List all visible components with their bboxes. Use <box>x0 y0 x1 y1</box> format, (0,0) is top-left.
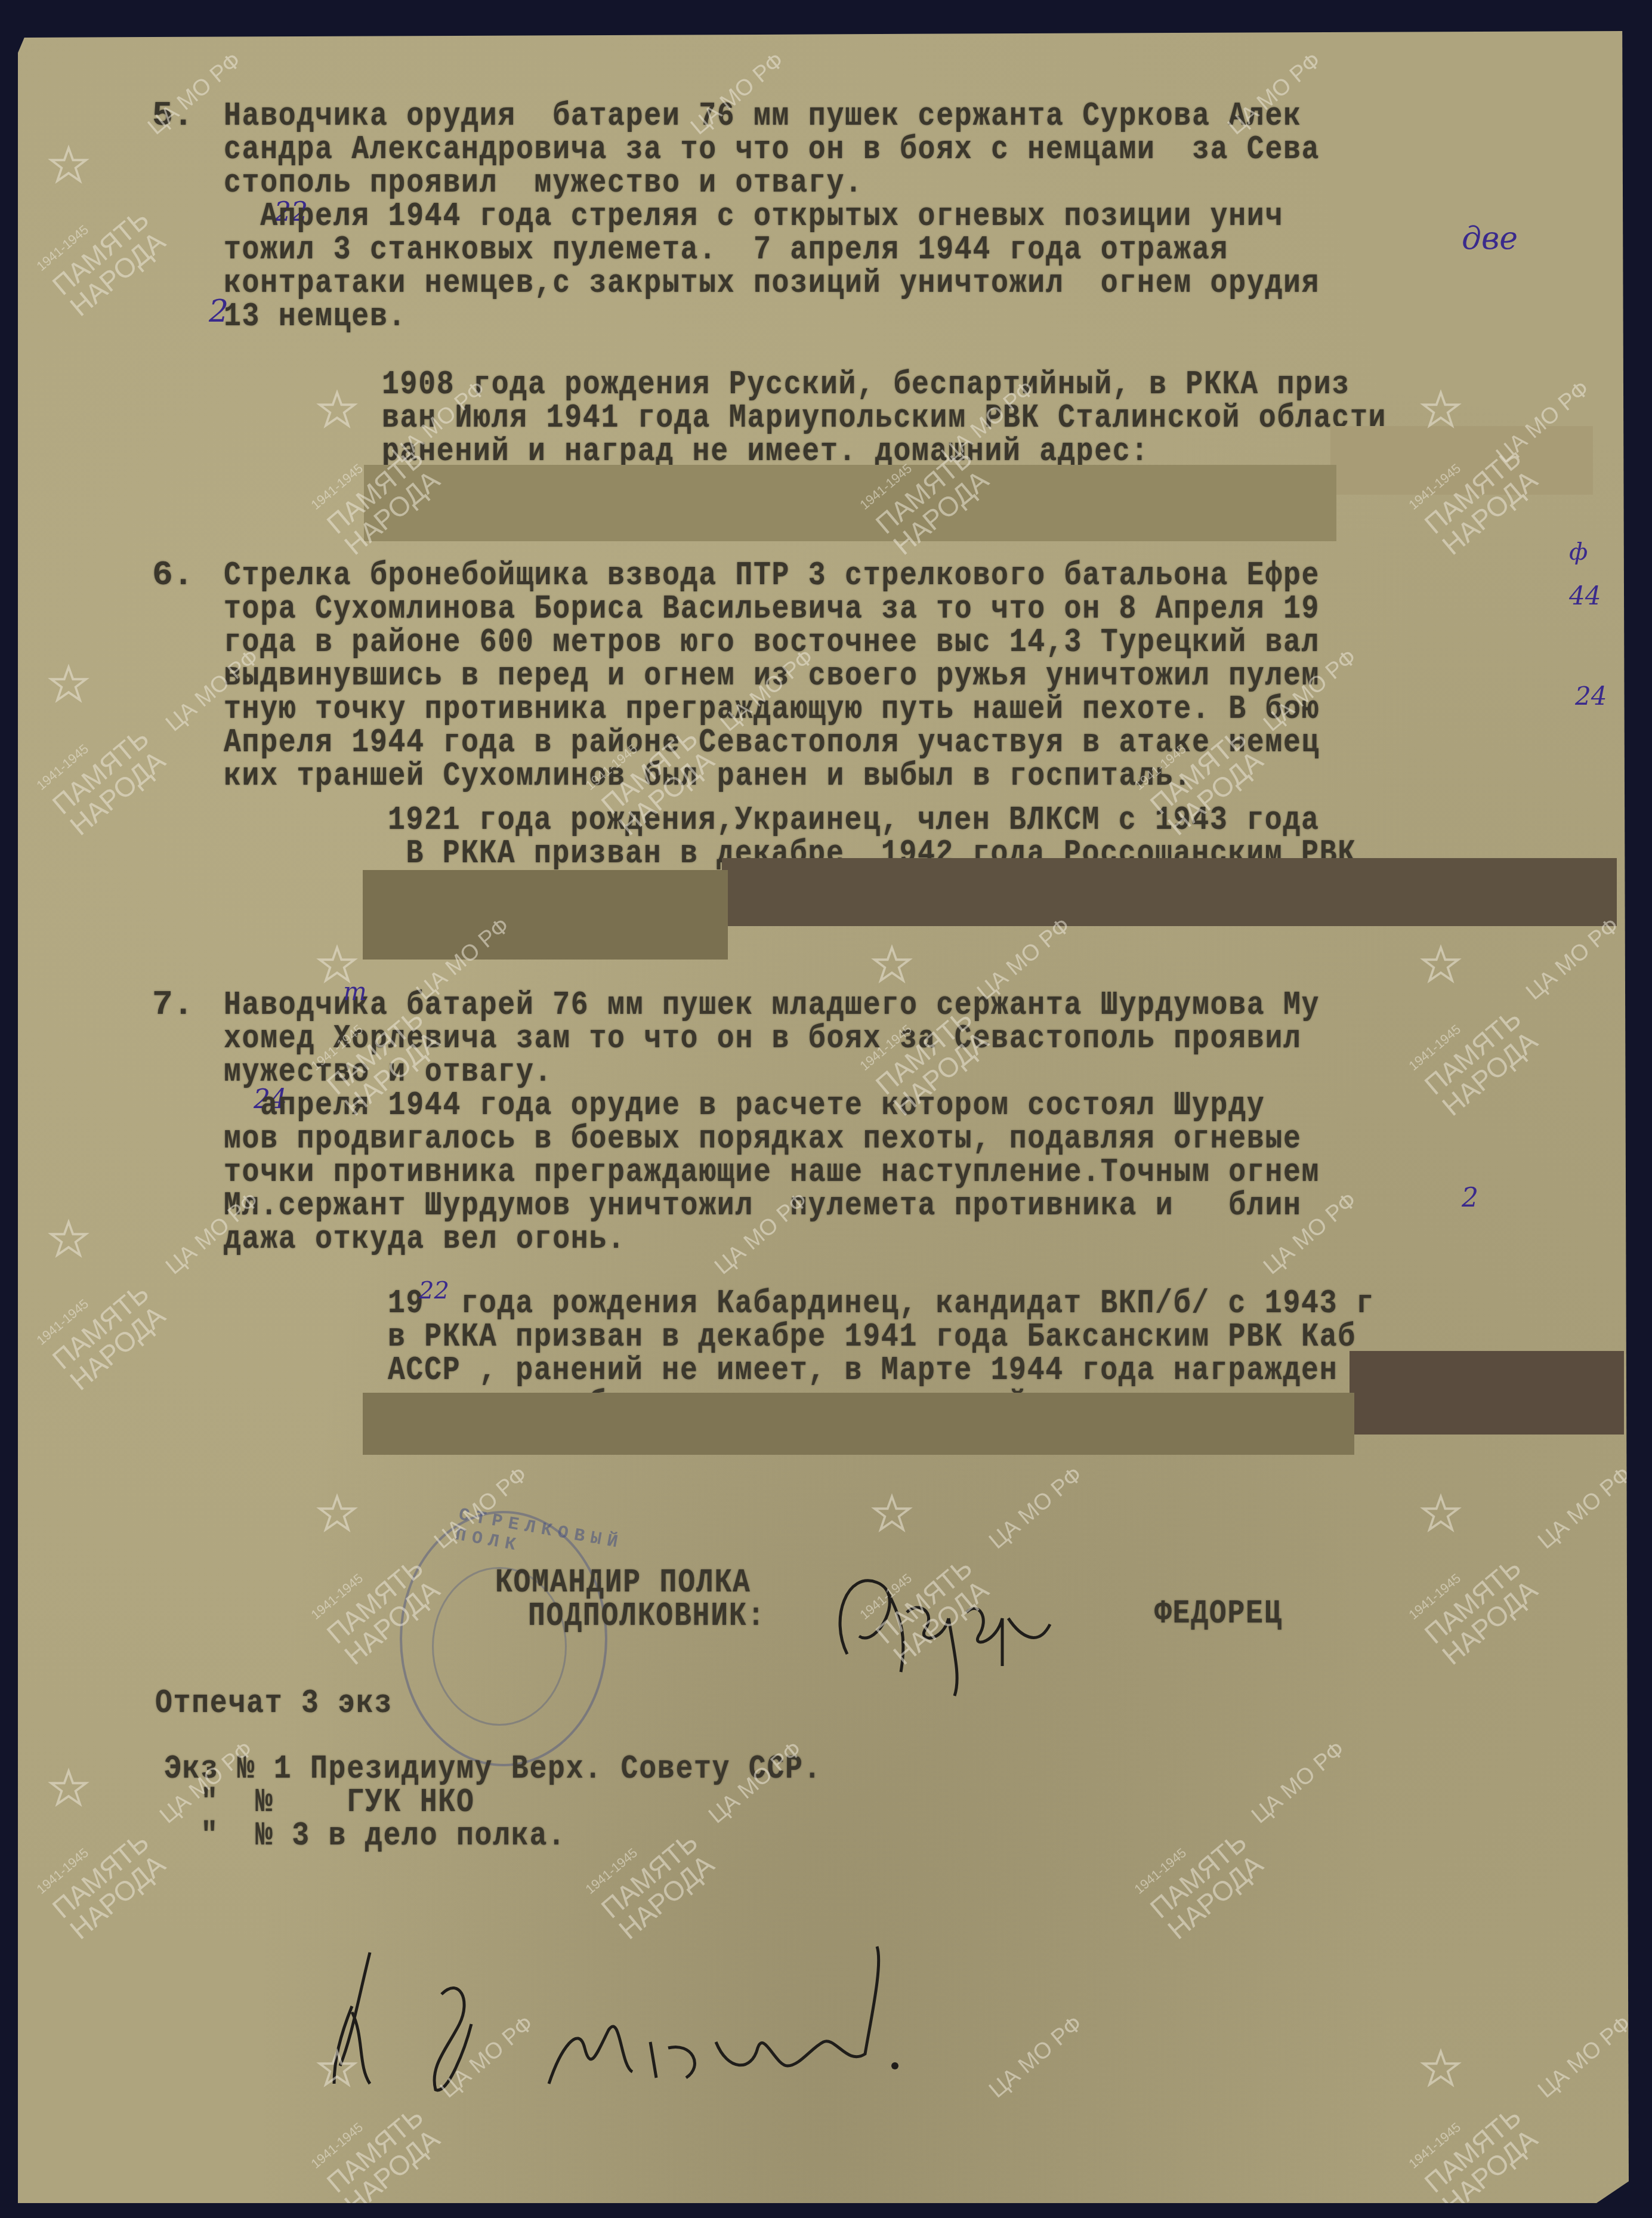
watermark-pamyat-naroda: 1941-1945ПАМЯТЬНАРОДА <box>30 184 171 321</box>
watermark-pamyat-naroda: 1941-1945ПАМЯТЬНАРОДА <box>579 1807 720 1944</box>
entry-5-bio-2: ван Июля 1941 года Мариупольским РВК Ста… <box>382 399 1387 437</box>
entry-7-bio-1: 19 года рождения Кабардинец, кандидат ВК… <box>388 1284 1375 1322</box>
entry-7-hand-birthyear: 22 <box>419 1277 449 1304</box>
entry-5-hand-two: две <box>1462 221 1518 257</box>
entry-6-hand-year: 44 <box>1569 581 1601 610</box>
commander-rank: ПОДПОЛКОВНИК: <box>528 1597 765 1635</box>
entry-5-line-7: 13 немцев. <box>224 297 406 335</box>
watermark-camo: ЦА МО РФ <box>1521 913 1625 1005</box>
document-page: 5. Наводчика орудия батареи 76 мм пушек … <box>18 31 1629 2203</box>
entry-6-hand-day: 24 <box>1575 681 1607 711</box>
entry-5-line-2: сандра Александровича за то что он в боя… <box>224 130 1320 168</box>
star-icon <box>871 1493 913 1535</box>
redaction-block <box>363 870 728 960</box>
entry-7-bio-3: АССР , ранений не имеет, в Марте 1944 го… <box>388 1351 1338 1389</box>
entry-7-number: 7. <box>152 986 194 1025</box>
star-icon <box>1420 1493 1462 1535</box>
star-icon <box>316 944 358 986</box>
star-icon <box>871 944 913 986</box>
entry-7-hand-count: 2 <box>1462 1183 1478 1213</box>
star-icon <box>48 1218 89 1260</box>
entry-6-hand-f: ф <box>1569 538 1588 566</box>
redaction-block <box>1350 1351 1624 1435</box>
copy-line-3: " № 3 в дело полка. <box>164 1816 566 1855</box>
entry-7-line-8: дажа откуда вел огонь. <box>224 1220 626 1258</box>
star-icon <box>48 144 89 186</box>
entry-6-number: 6. <box>152 556 194 595</box>
watermark-camo: ЦА МО РФ <box>1533 2011 1636 2103</box>
entry-6-line-2: тора Сухомлинова Бориса Васильевича за т… <box>224 590 1320 628</box>
entry-7-line-6: точки противника преграждающие наше наст… <box>224 1153 1320 1191</box>
entry-7-bio-2: в РККА призван в декабре 1941 года Бакса… <box>388 1318 1356 1356</box>
watermark-pamyat-naroda: 1941-1945ПАМЯТЬНАРОДА <box>1128 1807 1269 1944</box>
star-icon <box>1420 2048 1462 2090</box>
redaction-block <box>722 858 1617 926</box>
regiment-stamp: СТРЕЛКОВЫЙ ПОЛК <box>400 1511 607 1766</box>
star-icon <box>316 2048 358 2090</box>
star-icon <box>48 1767 89 1809</box>
watermark-pamyat-naroda: 1941-1945ПАМЯТЬНАРОДА <box>1402 2081 1543 2218</box>
star-icon <box>316 1493 358 1535</box>
commander-name: ФЕДОРЕЦ <box>1154 1594 1282 1633</box>
entry-5-line-3: стополь проявил мужество и отвагу. <box>224 164 863 202</box>
watermark-pamyat-naroda: 1941-1945ПАМЯТЬНАРОДА <box>1402 983 1543 1121</box>
entry-5-line-6: контратаки немцев,с закрытых позиций уни… <box>224 264 1320 302</box>
entry-6-line-3: года в районе 600 метров юго восточнее в… <box>224 623 1320 661</box>
copies-header: Отпечат 3 экз <box>155 1684 393 1722</box>
star-icon <box>1420 944 1462 986</box>
entry-7-line-5: мов продвигалось в боевых порядках пехот… <box>224 1119 1302 1158</box>
watermark-camo: ЦА МО РФ <box>1247 1736 1350 1829</box>
redaction-block <box>363 1393 1354 1455</box>
entry-6-line-1: Стрелка бронебойщика взвода ПТР 3 стрелк… <box>224 556 1320 594</box>
star-icon <box>1420 389 1462 431</box>
watermark-camo: ЦА МО РФ <box>1533 1462 1636 1554</box>
watermark-pamyat-naroda: 1941-1945ПАМЯТЬНАРОДА <box>30 1807 171 1944</box>
copy-line-1: Экз № 1 Президиуму Верх. Совету ССР. <box>164 1750 822 1788</box>
star-icon <box>48 664 89 705</box>
entry-5-line-5: тожил 3 станковых пулемета. 7 апреля 194… <box>224 230 1228 269</box>
entry-5-line-1: Наводчика орудия батареи 76 мм пушек сер… <box>224 97 1302 135</box>
star-icon <box>316 389 358 431</box>
watermark-camo: ЦА МО РФ <box>984 1462 1088 1554</box>
entry-5-bio-1: 1908 года рождения Русский, беспартийный… <box>382 365 1350 403</box>
watermark-pamyat-naroda: 1941-1945ПАМЯТЬНАРОДА <box>1402 1532 1543 1670</box>
watermark-pamyat-naroda: 1941-1945ПАМЯТЬНАРОДА <box>30 1258 171 1395</box>
commander-title: КОМАНДИР ПОЛКА <box>495 1563 751 1602</box>
redaction-block <box>364 465 1336 541</box>
watermark-pamyat-naroda: 1941-1945ПАМЯТЬНАРОДА <box>30 703 171 840</box>
entry-5-line-4: Апреля 1944 года стреляя с открытых огне… <box>224 197 1283 235</box>
